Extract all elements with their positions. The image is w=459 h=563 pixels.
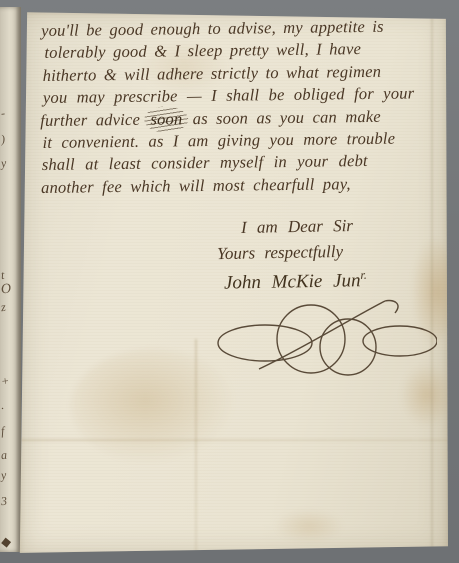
line-text: further advice [40,109,140,129]
ink-fragment: y [0,469,7,481]
fold-crease-horizontal [19,439,448,441]
line-text: you may prescribe — I shall be obliged f… [43,84,415,108]
signature: John McKie Junr. [224,268,367,295]
ink-fragment: ◆ [0,535,11,549]
ink-fragment: a [0,449,7,462]
ink-fragment: - [0,107,5,119]
stain [412,239,454,344]
line-text: as soon as you can make [193,106,381,127]
line-text: hitherto & will adhere strictly to what … [43,62,382,85]
stain [71,349,236,464]
fold-crease-vertical [195,339,197,555]
signature-flourish [207,297,437,382]
letter-page: you'll be good enough to advise, my appe… [19,9,448,555]
adjacent-page-edge: - ) y t O z + . f a y 3 ◆ [0,7,21,552]
ink-fragment: ) [0,133,5,145]
line-text: another fee which will most chearfull pa… [41,174,351,197]
letter-body: you'll be good enough to advise, my appe… [39,15,443,199]
signature-name: John McKie Jun [224,270,361,293]
stain [401,364,453,426]
ink-fragment: O [0,283,12,298]
closing-valediction: Yours respectfully [217,242,343,264]
signature-suffix: r. [360,268,367,282]
handwritten-line: another fee which will most chearfull pa… [41,172,443,199]
ink-fragment: . [0,399,4,411]
ink-fragment: y [0,157,7,169]
ink-fragment: f [0,425,5,437]
photo-background: - ) y t O z + . f a y 3 ◆ you'll be good… [0,0,459,563]
ink-fragment: + [0,375,9,388]
line-text: you'll be good enough to advise, my appe… [41,17,384,40]
stain [274,509,344,543]
scribbled-out-word: soon [148,108,184,131]
ink-fragment: z [0,301,6,313]
line-text: shall at least consider myself in your d… [42,151,368,174]
closing-salutation: I am Dear Sir [241,216,353,238]
ink-fragment: 3 [0,495,7,508]
line-text: it convenient. as I am giving you more t… [42,129,395,152]
line-text: tolerably good & I sleep pretty well, I … [44,39,361,62]
ink-fragment: t [0,269,5,281]
